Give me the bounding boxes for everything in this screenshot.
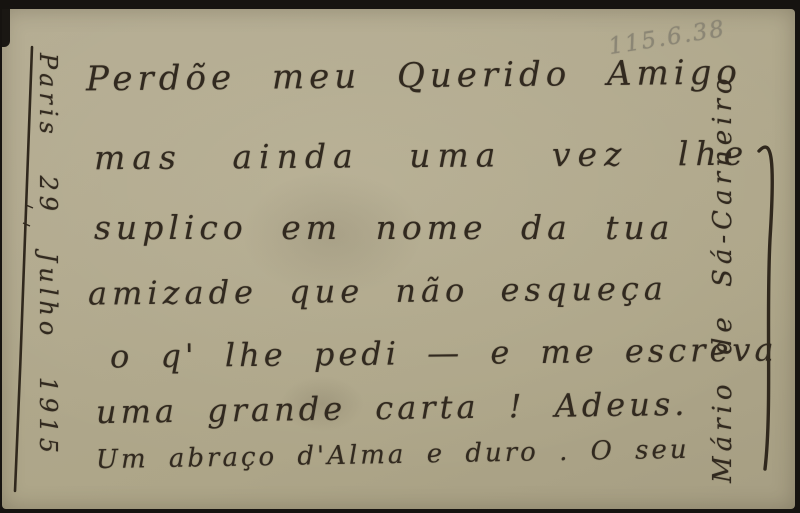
manuscript-line-7: Um abraço d'Alma e duro . O seu [96,437,690,473]
signature-flourish-stroke [759,147,772,469]
left-border-stroke [15,47,32,491]
manuscript-line-6: uma grande carta ! Adeus. [96,388,689,428]
manuscript-line-5: o q' lhe pedi — e me escreva [110,334,778,373]
manuscript-line-4: amizade que não esqueça [88,272,668,309]
manuscript-line-1: Perdõe meu Querido Amigo [86,56,742,97]
paper-edge-shadow [2,9,10,47]
manuscript-line-2: mas ainda uma vez lhe [94,137,750,175]
left-border-tick-marks [23,205,33,226]
manuscript-line-3: suplico em nome da tua [94,211,674,244]
signature-annotation: Mário de Sá-Carneiro [708,73,738,483]
scanned-postcard-image: Perdõe meu Querido Amigo mas ainda uma v… [0,0,800,513]
postcard-paper: Perdõe meu Querido Amigo mas ainda uma v… [2,9,795,509]
date-annotation: Paris 29 Julho 1915 [34,53,62,458]
